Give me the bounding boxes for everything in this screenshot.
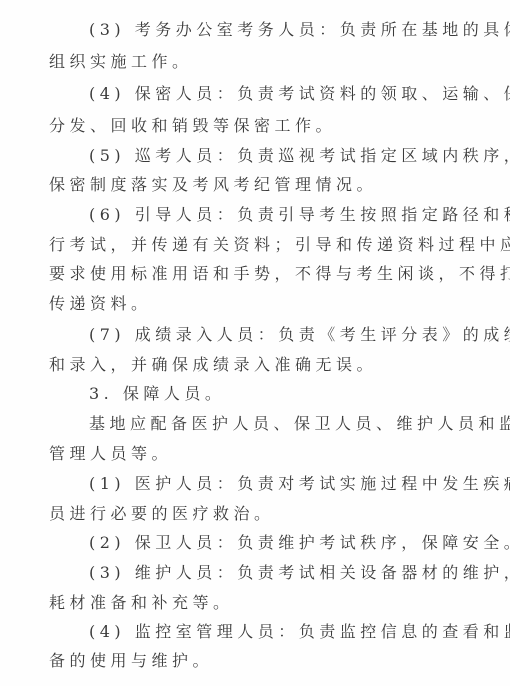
paragraph-line: (4) 监控室管理人员：负责监控信息的查看和监控设 bbox=[89, 617, 510, 647]
paragraph-line: (2) 保卫人员：负责维护考试秩序，保障安全。 bbox=[89, 528, 510, 558]
paragraph-line: (7) 成绩录入人员：负责《考生评分表》的成绩核对 bbox=[89, 320, 510, 350]
paragraph-line: (3) 维护人员：负责考试相关设备器材的维护，有关 bbox=[89, 558, 510, 588]
paragraph-line: (4) 保密人员：负责考试资料的领取、运输、保管、 bbox=[89, 79, 510, 109]
paragraph-line: 保密制度落实及考风考纪管理情况。 bbox=[49, 170, 377, 200]
paragraph-line: 分发、回收和销毁等保密工作。 bbox=[49, 111, 336, 141]
paragraph-line: (3) 考务办公室考务人员：负责所在基地的具体考务 bbox=[89, 15, 510, 45]
paragraph-line: 要求使用标准用语和手势，不得与考生闲谈，不得打开所 bbox=[49, 259, 510, 289]
paragraph-line: 员进行必要的医疗救治。 bbox=[49, 499, 275, 529]
paragraph-line: (5) 巡考人员：负责巡视考试指定区域内秩序，监督 bbox=[89, 141, 510, 171]
paragraph-line: 传递资料。 bbox=[49, 289, 152, 319]
paragraph-line: 组织实施工作。 bbox=[49, 47, 193, 77]
paragraph-line: (6) 引导人员：负责引导考生按照指定路径和程序进 bbox=[89, 200, 510, 230]
paragraph-line: 备的使用与维护。 bbox=[49, 646, 213, 676]
paragraph-line: 和录入，并确保成绩录入准确无误。 bbox=[49, 350, 377, 380]
paragraph-line: (1) 医护人员：负责对考试实施过程中发生疾病的人 bbox=[89, 469, 510, 499]
paragraph-line: 耗材准备和补充等。 bbox=[49, 588, 234, 618]
paragraph-line: 行考试，并传递有关资料；引导和传递资料过程中应按照 bbox=[49, 230, 510, 260]
document-page: (3) 考务办公室考务人员：负责所在基地的具体考务 组织实施工作。 (4) 保密… bbox=[0, 0, 510, 686]
section-heading: 3. 保障人员。 bbox=[89, 379, 225, 409]
paragraph-line: 基地应配备医护人员、保卫人员、维护人员和监控室 bbox=[89, 409, 510, 439]
paragraph-line: 管理人员等。 bbox=[49, 439, 172, 469]
